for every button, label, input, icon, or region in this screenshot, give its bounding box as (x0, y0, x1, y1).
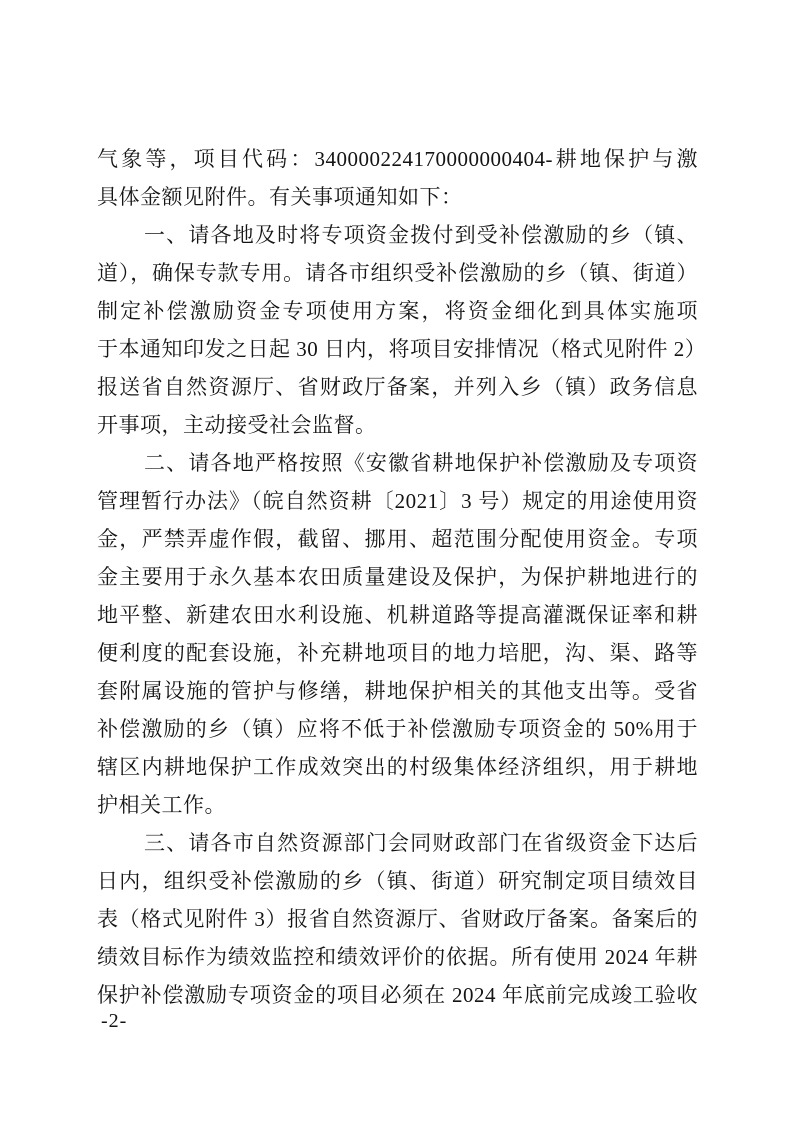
document-line: 管理暂行办法》（皖自然资耕〔2021〕3 号）规定的用途使用资 (97, 482, 698, 520)
document-line: 三、请各市自然资源部门会同财政部门在省级资金下达后 60 (97, 824, 698, 862)
document-line: 二、请各地严格按照《安徽省耕地保护补偿激励及专项资金 (97, 444, 698, 482)
document-line: 表（格式见附件 3）报省自然资源厅、省财政厅备案。备案后的 (97, 900, 698, 938)
document-line: 金，严禁弄虚作假，截留、挪用、超范围分配使用资金。专项资 (97, 520, 698, 558)
page-number: -2- (101, 1008, 127, 1034)
document-line: 辖区内耕地保护工作成效突出的村级集体经济组织，用于耕地保 (97, 748, 698, 786)
document-body: 气象等，项目代码：340000224170000000404-耕地保护与激励，具… (97, 140, 698, 1014)
document-line: 护相关工作。 (97, 786, 698, 824)
document-line: 道），确保专款专用。请各市组织受补偿激励的乡（镇、街道） (97, 254, 698, 292)
document-line: 补偿激励的乡（镇）应将不低于补偿激励专项资金的 50%用于本 (97, 710, 698, 748)
document-line: 套附属设施的管护与修缮，耕地保护相关的其他支出等。受省级 (97, 672, 698, 710)
document-line: 一、请各地及时将专项资金拨付到受补偿激励的乡（镇、街 (97, 216, 698, 254)
document-line: 日内，组织受补偿激励的乡（镇、街道）研究制定项目绩效目标 (97, 862, 698, 900)
document-line: 便利度的配套设施，补充耕地项目的地力培肥，沟、渠、路等配 (97, 634, 698, 672)
document-line: 金主要用于永久基本农田质量建设及保护，为保护耕地进行的土 (97, 558, 698, 596)
document-line: 开事项，主动接受社会监督。 (97, 406, 698, 444)
document-line: 报送省自然资源厅、省财政厅备案，并列入乡（镇）政务信息公 (97, 368, 698, 406)
document-line: 保护补偿激励专项资金的项目必须在 2024 年底前完成竣工验收 (97, 976, 698, 1014)
document-page: 气象等，项目代码：340000224170000000404-耕地保护与激励，具… (0, 0, 793, 1122)
document-line: 于本通知印发之日起 30 日内，将项目安排情况（格式见附件 2） (97, 330, 698, 368)
document-line: 具体金额见附件。有关事项通知如下： (97, 178, 698, 216)
document-line: 制定补偿激励资金专项使用方案，将资金细化到具体实施项目， (97, 292, 698, 330)
document-line: 绩效目标作为绩效监控和绩效评价的依据。所有使用 2024 年耕地 (97, 938, 698, 976)
document-line: 气象等，项目代码：340000224170000000404-耕地保护与激励， (97, 140, 698, 178)
document-line: 地平整、新建农田水利设施、机耕道路等提高灌溉保证率和耕种 (97, 596, 698, 634)
